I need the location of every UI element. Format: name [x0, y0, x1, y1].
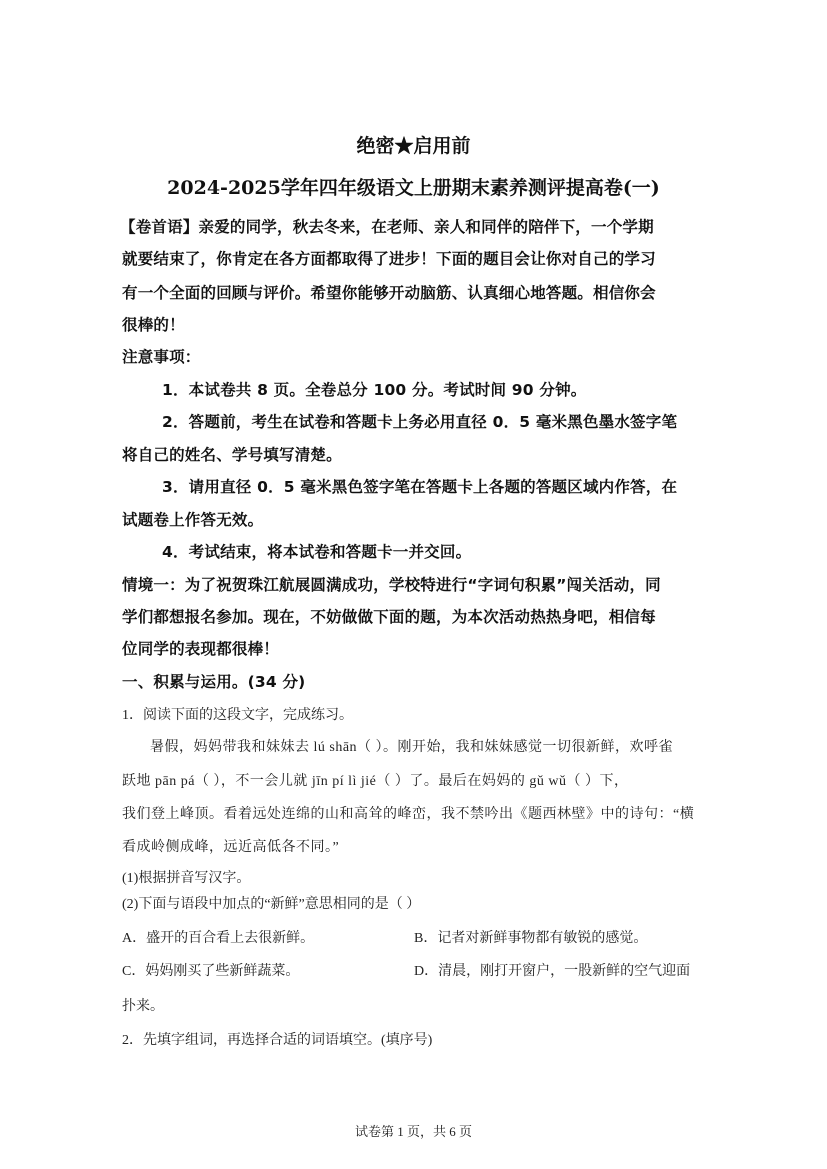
- sub-question-2: (2)下面与语段中加点的“新鲜”意思相同的是（ ）: [122, 893, 420, 913]
- notice-item: 2．答题前，考生在试卷和答题卡上务必用直径 0．5 毫米黑色墨水签字笔: [162, 410, 677, 432]
- option-a: A．盛开的百合看上去很新鲜。: [122, 927, 314, 947]
- preface-line: 很棒的！: [122, 313, 185, 335]
- option-c: C．妈妈刚买了些新鲜蔬菜。: [122, 960, 299, 980]
- passage-line: 暑假，妈妈带我和妹妹去 lú shān（ ）。刚开始，我和妹妹感觉一切很新鲜，欢…: [150, 736, 673, 756]
- page-number: 试卷第 1 页，共 6 页: [0, 1121, 827, 1140]
- passage-line: 跃地 pān pá（ ），不一会儿就 jīn pí lì jié（ ）了。最后在…: [122, 770, 628, 790]
- question-1-prompt: 1．阅读下面的这段文字，完成练习。: [122, 704, 353, 724]
- preface-line: 【卷首语】亲爱的同学，秋去冬来，在老师、亲人和同伴的陪伴下，一个学期: [120, 215, 654, 237]
- passage-line: 看成岭侧成峰，远近高低各不同。”: [122, 836, 339, 856]
- option-d-continued: 扑来。: [122, 995, 164, 1015]
- preface-line: 有一个全面的回顾与评价。希望你能够开动脑筋、认真细心地答题。相信你会: [122, 281, 656, 303]
- scenario-line: 情境一：为了祝贺珠江航展圆满成功，学校特进行“字词句积累”闯关活动，同: [122, 573, 661, 595]
- sub-question-1: (1)根据拼音写汉字。: [122, 867, 250, 887]
- passage-line: 我们登上峰顶。看着远处连绵的山和高耸的峰峦，我不禁吟出《题西林壁》中的诗句：“横: [122, 803, 694, 823]
- notice-item: 1．本试卷共 8 页。全卷总分 100 分。考试时间 90 分钟。: [162, 378, 586, 400]
- exam-page: 绝密★启用前 2024-2025学年四年级语文上册期末素养测评提高卷(一) 【卷…: [0, 0, 827, 1169]
- scenario-line: 学们都想报名参加。现在，不妨做做下面的题，为本次活动热热身吧，相信每: [122, 605, 656, 627]
- notice-item: 将自己的姓名、学号填写清楚。: [122, 443, 342, 465]
- section-heading: 一、积累与运用。(34 分): [122, 670, 305, 692]
- notice-item: 4．考试结束，将本试卷和答题卡一并交回。: [162, 540, 471, 562]
- exam-title: 2024-2025学年四年级语文上册期末素养测评提高卷(一): [0, 173, 827, 200]
- confidential-label: 绝密★启用前: [0, 131, 827, 158]
- notice-item: 试题卷上作答无效。: [122, 508, 263, 530]
- preface-line: 就要结束了，你肯定在各方面都取得了进步！下面的题目会让你对自己的学习: [122, 247, 656, 269]
- scenario-line: 位同学的表现都很棒！: [122, 637, 279, 659]
- notice-item: 3．请用直径 0．5 毫米黑色签字笔在答题卡上各题的答题区域内作答，在: [162, 475, 677, 497]
- option-d: D．清晨，刚打开窗户，一股新鲜的空气迎面: [414, 960, 690, 980]
- option-b: B．记者对新鲜事物都有敏锐的感觉。: [414, 927, 647, 947]
- notice-heading: 注意事项：: [122, 345, 201, 367]
- question-2-prompt: 2．先填字组词，再选择合适的词语填空。(填序号): [122, 1029, 432, 1049]
